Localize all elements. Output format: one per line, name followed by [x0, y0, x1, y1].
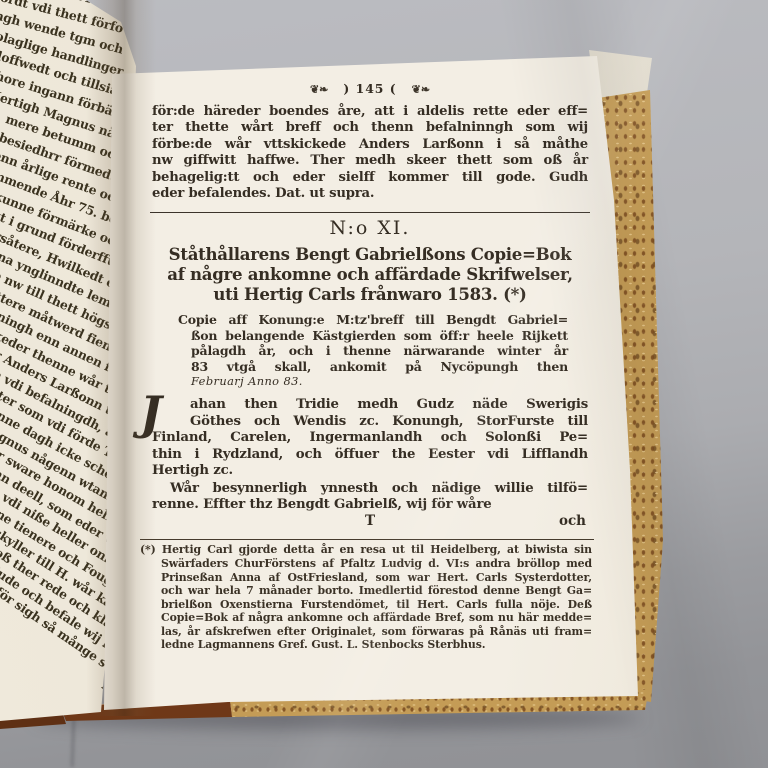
- text-line: icke annedt kunne förmärke och: [0, 87, 127, 254]
- text-line: vttskyller till H. wår käre: [0, 385, 129, 621]
- text-line: renne haffwer loffwedt och tillsiat: [0, 0, 126, 104]
- text-line: fött: [0, 456, 129, 707]
- title-line: Ståthållarens Bengt Gabrielßons Copie=Bo…: [152, 244, 588, 264]
- text-line: tes megna ynglinndte lemat: [0, 139, 127, 319]
- cover-marbled-edge: [0, 0, 768, 768]
- text-line: er med will slatt i grund förderffue: [0, 104, 127, 276]
- footnote-line: brielßon Oxenstierna Furstendömet, til H…: [140, 598, 592, 612]
- text-line: imme thore ingann förbätt: [0, 0, 126, 125]
- catchword: och: [559, 513, 586, 529]
- text-line: eder befalendes. Dat. ut supra.: [152, 186, 588, 202]
- drop-cap-initial: J: [140, 392, 162, 434]
- text-line: behagelig:tt och eder sielff kommer till…: [152, 170, 588, 186]
- footnote-divider: [140, 539, 594, 540]
- text-line: i ester thenne dagh icke schole: [0, 279, 128, 491]
- right-page-content: ❦❧ ) 145 ( ❦❧ för:de häreder boendes åre…: [152, 82, 588, 652]
- text-line: ßon belangende Kästgierden som öff:r hee…: [178, 328, 568, 343]
- text-line: Magnus någenn wtamm: [0, 297, 128, 513]
- text-line: rtte aff them thenn årlige rente och: [0, 52, 127, 211]
- text-line: mere betumm och: [0, 18, 126, 168]
- text-line: ådningh enn annen för: [0, 191, 128, 383]
- right-page: ❦❧ ) 145 ( ❦❧ för:de häreder boendes åre…: [0, 0, 768, 768]
- cover-leather-edge: [0, 0, 768, 768]
- text-line: skulle en gångh wende tgm och: [0, 0, 126, 60]
- section-title: Ståthållarens Bengt Gabrielßons Copie=Bo…: [152, 244, 588, 304]
- text-line: och besiedhrr förmedte: [0, 35, 127, 190]
- text-line: Finland, Carelen, Ingermanlandh och Solo…: [152, 430, 588, 446]
- text-line: förbe:de wår vttskickede Anders Larßonn …: [152, 137, 588, 153]
- section-divider: [150, 212, 590, 213]
- text-line: ter thette wårt breff och thenn befalnin…: [152, 120, 588, 136]
- footnote-line: Prinseßan Anna af OstFriesland, som war …: [140, 571, 592, 585]
- copy-summary-note: Copie aff Konung:e M:tz'breff till Bengd…: [178, 312, 568, 389]
- left-page-text: ❧ ) 144 ( ❧ffrte mij thett gjordt vdi th…: [0, 0, 123, 709]
- text-line: Hertigh zc.: [152, 463, 588, 479]
- text-line: måre vndersåtere, Hwilkedt oß: [0, 122, 127, 298]
- section-number: N:o XI.: [152, 216, 588, 241]
- page-header: ❦❧ ) 145 ( ❦❧: [152, 82, 588, 97]
- page-bottom-edge: [0, 0, 768, 768]
- cover-leather-corner: [0, 0, 768, 768]
- paragraph-continuation: för:de häreder boendes åre, att i aldeli…: [152, 104, 588, 202]
- closing-paragraph: Wår besynnerligh ynnesth och nädige will…: [152, 481, 588, 514]
- text-line: ❧ ) 144 ( ❧: [0, 0, 126, 17]
- text-line: te Hertigh Magnus någ: [0, 1, 126, 147]
- text-line: ahan then Tridie medh Gudz näde Swerigis: [152, 397, 588, 413]
- text-line: Göthes och Wendis zc. Konungh, StorFurst…: [152, 414, 588, 430]
- title-line: af någre ankomne och affärdade Skrifwels…: [152, 264, 588, 284]
- text-line: Februarj Anno 83.: [178, 374, 568, 389]
- body-lines: ahan then Tridie medh Gudz näde Swerigis…: [152, 397, 588, 479]
- book-gutter-shadow: [86, 0, 156, 716]
- text-line: nw giffwitt haffwe. Ther medh skeer thet…: [152, 153, 588, 169]
- text-line: Wår besynnerligh ynnesth och nädige will…: [152, 481, 588, 497]
- text-line: ester Anders Larßonn till: [0, 226, 128, 426]
- text-line: ffrte mij thett gjordt vdi thett förfo: [0, 0, 126, 39]
- text-line: oldijamme och olaglige handlinger: [0, 0, 126, 82]
- text-line: dersättere måtwerd fienni: [0, 174, 127, 362]
- footnote-line: ledne Lagmannens Gref. Gust. L. Stenbock…: [140, 638, 592, 652]
- text-line: e nw till thett högste: [0, 156, 127, 340]
- text-line: vndersåter som vdi förde Try: [0, 261, 128, 469]
- page-block-corner: [0, 0, 768, 768]
- footnote-line: Copie=Bok af några ankomne och affärdade…: [140, 611, 592, 625]
- floral-ornament-icon: ❦❧: [310, 83, 328, 97]
- text-line: wtstickeder thenne wår tro: [0, 209, 128, 405]
- signature-mark: T: [365, 513, 375, 529]
- footnote-line: Swärfaders ChurFörstens af Pfaltz Ludvig…: [140, 557, 592, 571]
- cover-edge-shadow: [70, 715, 76, 767]
- text-line: och göre oß ther rede och klare: [0, 403, 129, 642]
- body-paragraph: J ahan then Tridie medh Gudz näde Swerig…: [152, 397, 588, 479]
- text-line: pålagdh år, och i thenne närwarande wint…: [178, 343, 568, 358]
- text-line: thin i Rydzland, och öffuer the Eester v…: [152, 447, 588, 463]
- text-line: 83 vtgå skall, ankomit på Nycöpungh then: [178, 359, 568, 374]
- footnote: (*) Hertig Carl gjorde detta år en resa …: [140, 543, 592, 652]
- text-line: nten vdi niße heller onige: [0, 349, 129, 577]
- photo-background: ❧ ) 144 ( ❧ffrte mij thett gjordt vdi th…: [0, 0, 768, 768]
- text-line: honom vdi befalningdh, att: [0, 244, 128, 448]
- text-line: biude och befale wij här: [0, 420, 129, 663]
- text-line: renne. Effter thz Bengdt Gabrielß, wij f…: [152, 497, 588, 513]
- left-page: ❧ ) 144 ( ❧ffrte mij thett gjordt vdi th…: [0, 0, 768, 768]
- footnote-line: och war hela 7 månader borto. Imedlertid…: [140, 584, 592, 598]
- text-line: hwar för sigh så månge som: [0, 438, 129, 685]
- footnote-line: (*) Hertig Carl gjorde detta år en resa …: [140, 543, 592, 557]
- text-line: för:de häreder boendes åre, att i aldeli…: [152, 104, 588, 120]
- floral-ornament-icon: ❦❧: [412, 83, 430, 97]
- page-number: ) 145 (: [343, 82, 396, 96]
- text-line: thett tillkommende Åhr 75. bör: [0, 70, 127, 233]
- text-line: Copie aff Konung:e M:tz'breff till Bengd…: [178, 312, 568, 327]
- text-line: thenn deell, som eder vdi: [0, 332, 128, 556]
- text-line: våre egne tienere och Fougte: [0, 367, 129, 599]
- title-line: uti Hertig Carls frånwaro 1583. (*): [152, 284, 588, 304]
- book-shadow: [34, 707, 640, 729]
- text-line: icke heller sware honom heller: [0, 314, 128, 534]
- signature-row: T och: [152, 513, 588, 531]
- fore-edge-marbled: [0, 0, 768, 768]
- footnote-line: las, år afskrefwen efter Originalet, som…: [140, 625, 592, 639]
